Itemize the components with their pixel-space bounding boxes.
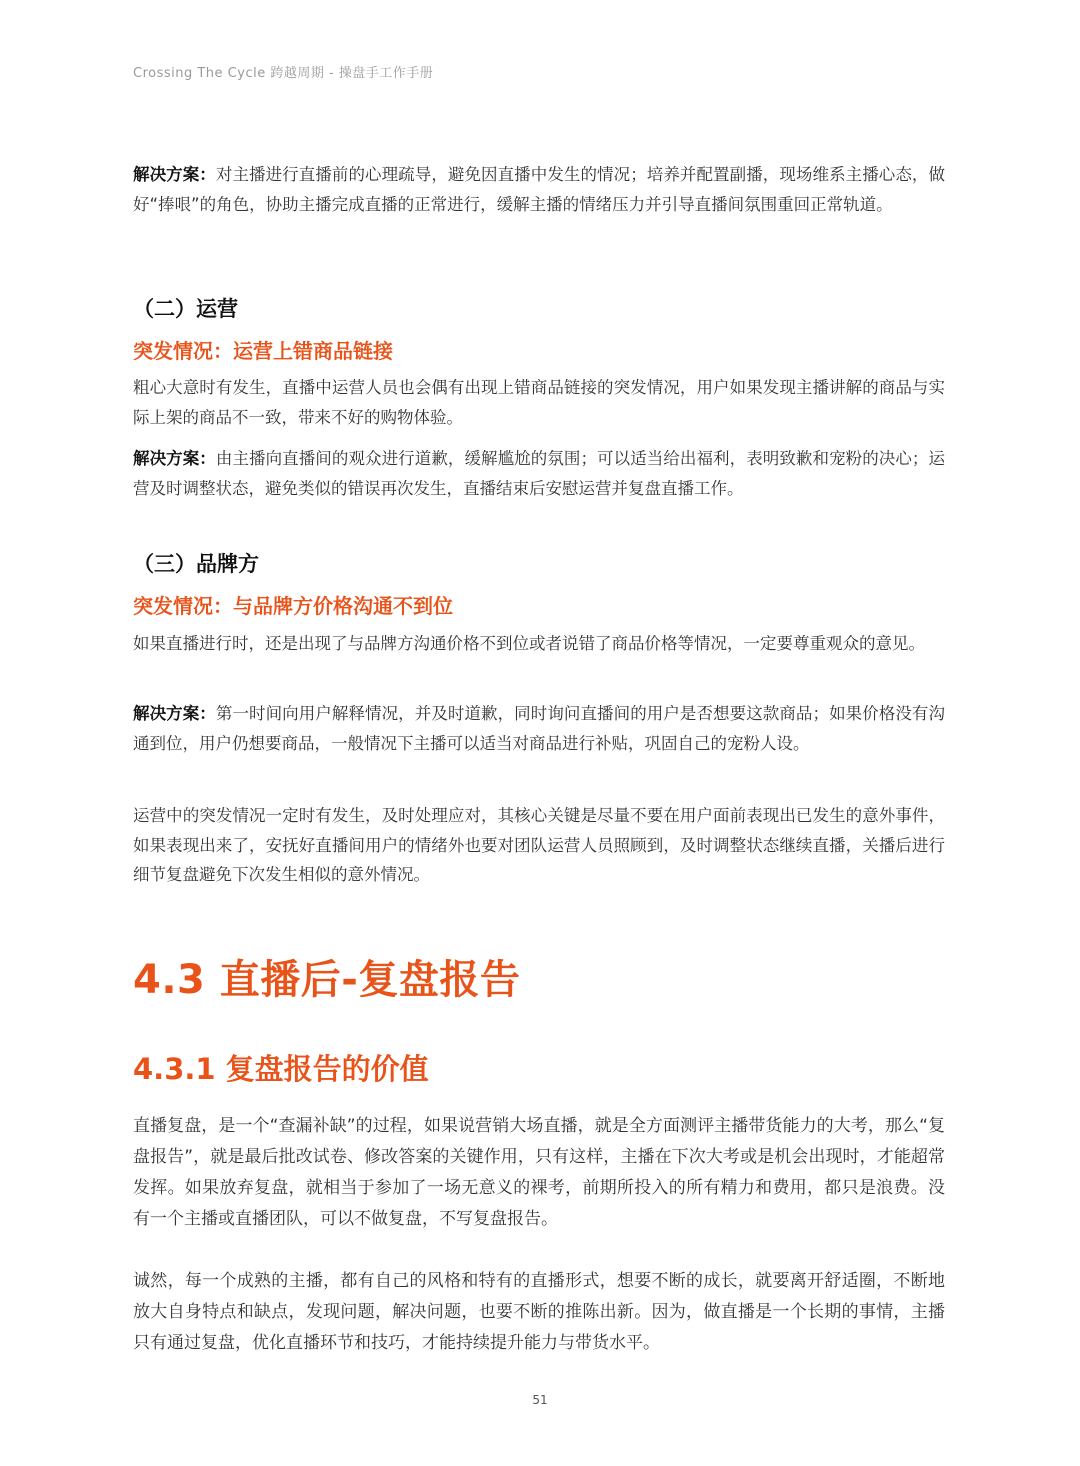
solution-label: 解决方案： — [133, 704, 216, 723]
page-number: 51 — [0, 1393, 1080, 1407]
case-heading-brand: 突发情况：与品牌方价格沟通不到位 — [133, 590, 453, 619]
brand-solution-paragraph: 解决方案：第一时间向用户解释情况，并及时道歉，同时询问直播间的用户是否想要这款商… — [133, 699, 945, 758]
running-header: Crossing The Cycle 跨越周期 - 操盘手工作手册 — [133, 62, 433, 81]
brand-description: 如果直播进行时，还是出现了与品牌方沟通价格不到位或者说错了商品价格等情况，一定要… — [133, 629, 945, 659]
intro-solution-paragraph: 解决方案：对主播进行直播前的心理疏导，避免因直播中发生的情况；培养并配置副播，现… — [133, 160, 945, 219]
section-heading-brand: （三）品牌方 — [133, 548, 259, 578]
review-value-paragraph-2: 诚然，每一个成熟的主播，都有自己的风格和特有的直播形式，想要不断的成长，就要离开… — [133, 1266, 945, 1359]
solution-label: 解决方案： — [133, 449, 216, 468]
section-heading-operations: （二）运营 — [133, 293, 238, 323]
subsection-title: 4.3.1 复盘报告的价值 — [133, 1047, 429, 1088]
solution-text: 由主播向直播间的观众进行道歉，缓解尴尬的氛围；可以适当给出福利，表明致歉和宠粉的… — [133, 449, 945, 498]
review-value-paragraph-1: 直播复盘，是一个“查漏补缺”的过程，如果说营销大场直播，就是全方面测评主播带货能… — [133, 1111, 945, 1235]
operations-solution-paragraph: 解决方案：由主播向直播间的观众进行道歉，缓解尴尬的氛围；可以适当给出福利，表明致… — [133, 444, 945, 503]
chapter-title: 4.3 直播后-复盘报告 — [133, 948, 520, 1005]
operations-description: 粗心大意时有发生，直播中运营人员也会偶有出现上错商品链接的突发情况，用户如果发现… — [133, 373, 945, 432]
solution-text: 对主播进行直播前的心理疏导，避免因直播中发生的情况；培养并配置副播，现场维系主播… — [133, 165, 945, 214]
solution-text: 第一时间向用户解释情况，并及时道歉，同时询问直播间的用户是否想要这款商品；如果价… — [133, 704, 945, 753]
brand-summary: 运营中的突发情况一定时有发生，及时处理应对，其核心关键是尽量不要在用户面前表现出… — [133, 801, 945, 890]
case-heading-operations: 突发情况：运营上错商品链接 — [133, 335, 393, 364]
solution-label: 解决方案： — [133, 165, 216, 184]
